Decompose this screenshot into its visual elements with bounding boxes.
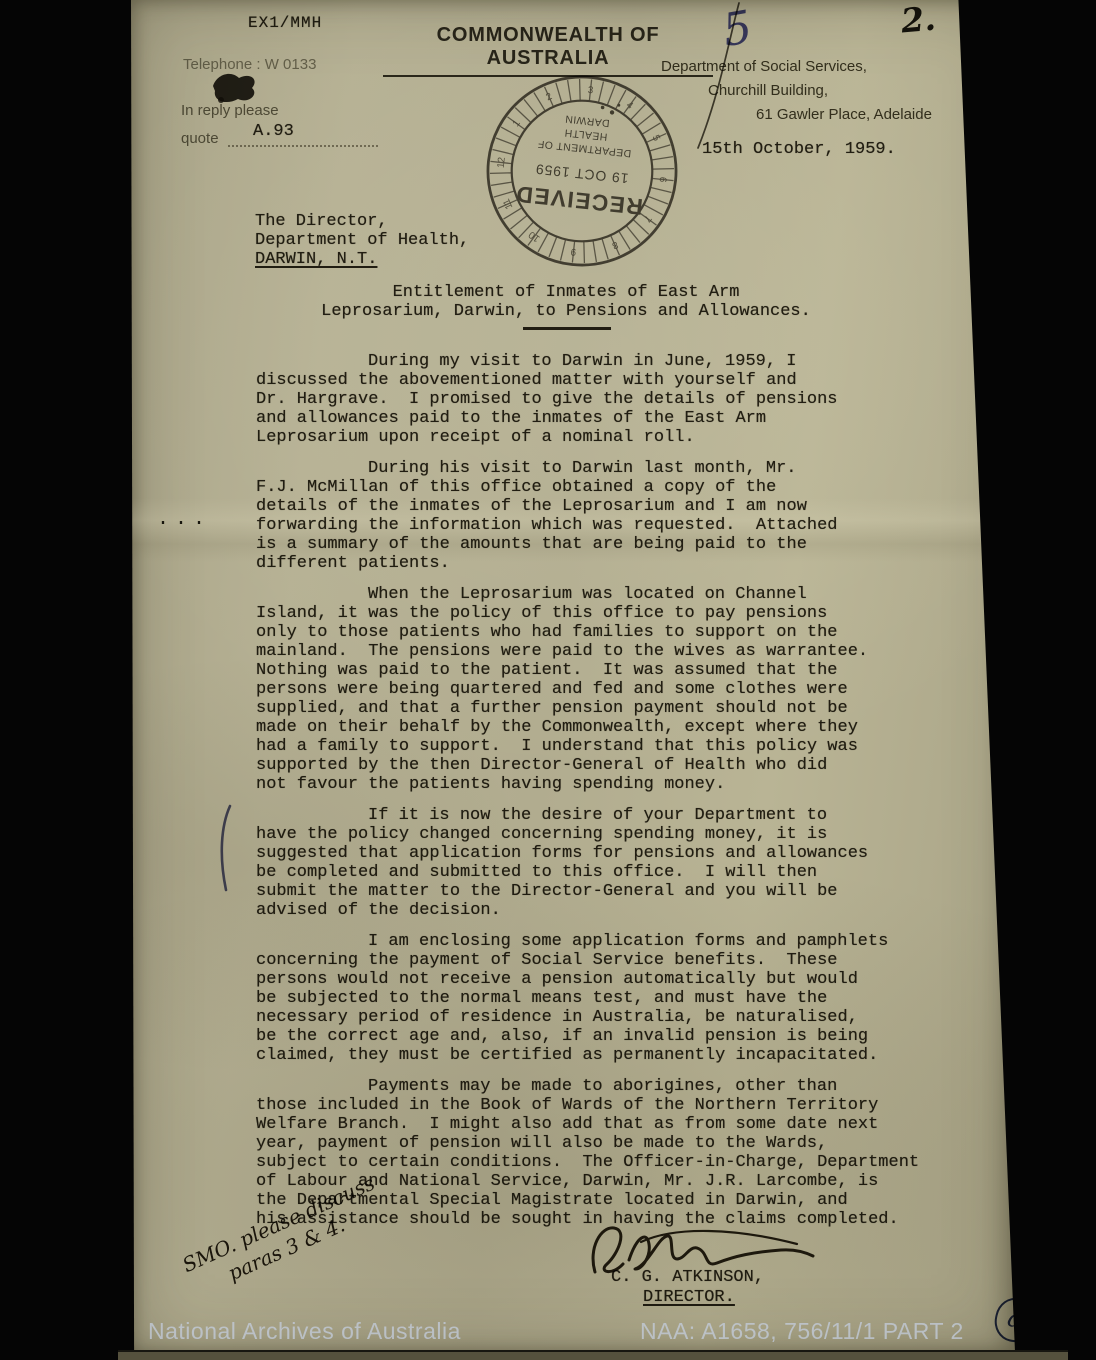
stamp-date-text: 19 OCT 1959 bbox=[534, 161, 629, 187]
signatory-name: C. G. ATKINSON, bbox=[611, 1268, 764, 1287]
svg-text:6: 6 bbox=[656, 176, 668, 183]
page-number-annotation: 2. bbox=[899, 0, 937, 40]
signatory-title: DIRECTOR. bbox=[643, 1288, 735, 1307]
svg-text:10: 10 bbox=[526, 228, 542, 244]
recipient-line2: Department of Health, bbox=[255, 231, 469, 250]
scanned-letter-scene: EX1/MMH COMMONWEALTH OF AUSTRALIA Teleph… bbox=[0, 0, 1096, 1360]
subject-heading: Entitlement of Inmates of East Arm Lepro… bbox=[316, 283, 816, 321]
svg-text:3: 3 bbox=[587, 85, 594, 97]
recipient-line3: DARWIN, N.T. bbox=[255, 250, 377, 269]
archive-watermark-right: NAA: A1658, 756/11/1 PART 2 bbox=[640, 1318, 964, 1345]
archive-watermark-left: National Archives of Australia bbox=[148, 1318, 461, 1345]
circled-letter-annotation: a bbox=[991, 1294, 1039, 1345]
svg-text:9: 9 bbox=[570, 245, 577, 257]
svg-text:5: 5 bbox=[650, 133, 662, 143]
pen-slash-mark bbox=[671, 0, 751, 152]
svg-text:8: 8 bbox=[610, 239, 620, 251]
margin-bracket-mark bbox=[217, 804, 235, 892]
paragraph-2: During his visit to Darwin last month, M… bbox=[256, 459, 962, 573]
quote-label: quote bbox=[181, 130, 219, 147]
quote-reference: A.93 bbox=[253, 122, 294, 141]
ink-blot bbox=[207, 66, 263, 108]
paragraph-5: I am enclosing some application forms an… bbox=[256, 932, 962, 1065]
letter-body: During my visit to Darwin in June, 1959,… bbox=[256, 352, 962, 1241]
paragraph-3: When the Leprosarium was located on Chan… bbox=[256, 585, 962, 794]
stamp-dept-line1: DEPARTMENT OF bbox=[537, 138, 632, 159]
subject-line2: Leprosarium, Darwin, to Pensions and All… bbox=[321, 302, 811, 321]
recipient-block: The Director, Department of Health, DARW… bbox=[255, 212, 469, 269]
next-page-edge bbox=[118, 1350, 1068, 1360]
svg-text:2: 2 bbox=[544, 91, 553, 103]
subject-rule bbox=[523, 327, 611, 330]
received-stamp: 121234567891011 RECEIVED 19 OCT 1959 DEP… bbox=[483, 72, 681, 270]
paragraph-4: If it is now the desire of your Departme… bbox=[256, 806, 962, 920]
stamp-dept-line2: HEALTH bbox=[564, 126, 608, 141]
quote-dotted-line bbox=[228, 127, 378, 147]
letter-page: EX1/MMH COMMONWEALTH OF AUSTRALIA Teleph… bbox=[131, 0, 1015, 1352]
file-reference-code: EX1/MMH bbox=[248, 14, 322, 32]
stamp-dept-line3: DARWIN bbox=[564, 113, 610, 129]
paragraph-1: During my visit to Darwin in June, 1959,… bbox=[256, 352, 962, 447]
recipient-line1: The Director, bbox=[255, 212, 388, 231]
margin-dots: ... bbox=[157, 508, 211, 531]
subject-line1: Entitlement of Inmates of East Arm bbox=[393, 283, 740, 302]
svg-text:12: 12 bbox=[496, 157, 508, 169]
address-line: 61 Gawler Place, Adelaide bbox=[756, 106, 932, 123]
svg-text:11: 11 bbox=[501, 196, 515, 210]
